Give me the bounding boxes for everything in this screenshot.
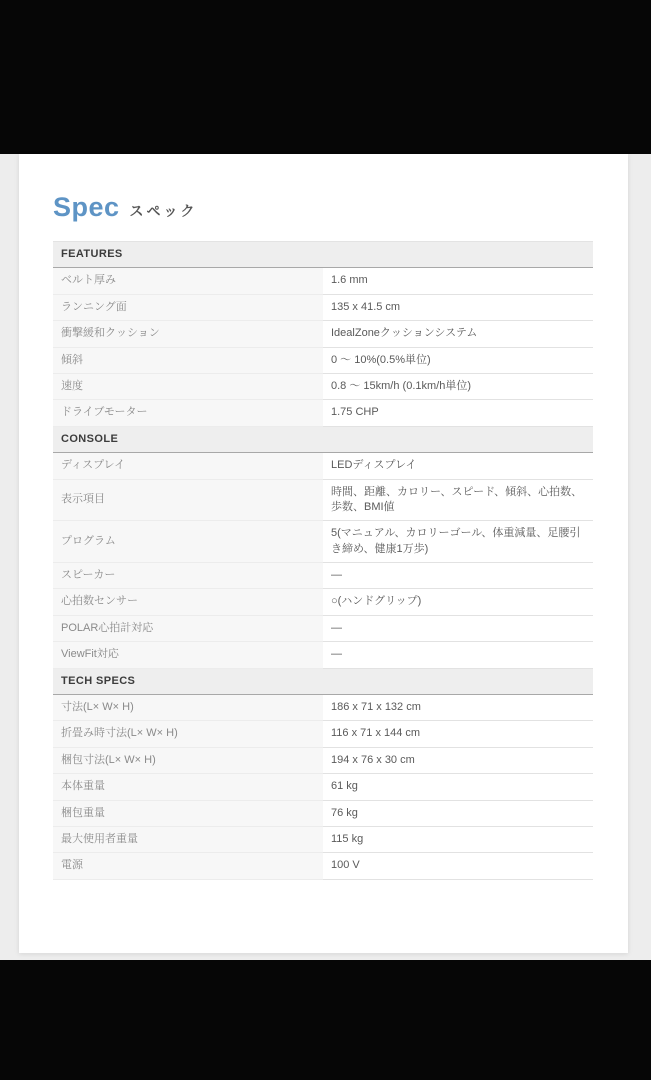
table-row: 電源100 V (53, 853, 593, 879)
spec-value: ○(ハンドグリップ) (323, 589, 593, 615)
spec-label: ベルト厚み (53, 268, 323, 294)
spec-value: 1.75 CHP (323, 400, 593, 426)
spec-value: 61 kg (323, 774, 593, 800)
spec-label: ViewFit対応 (53, 642, 323, 668)
table-row: ベルト厚み1.6 mm (53, 268, 593, 294)
spec-label: 心拍数センサー (53, 589, 323, 615)
spec-label: ドライブモーター (53, 400, 323, 426)
spec-value: 115 kg (323, 826, 593, 852)
section-header-row: CONSOLE (53, 426, 593, 452)
table-row: ランニング面135 x 41.5 cm (53, 294, 593, 320)
spec-label: 最大使用者重量 (53, 826, 323, 852)
spec-label: 寸法(L× W× H) (53, 695, 323, 721)
page-background: Specスペック FEATURESベルト厚み1.6 mmランニング面135 x … (0, 154, 651, 960)
table-row: 傾斜0 〜 10%(0.5%単位) (53, 347, 593, 373)
spec-value: 194 x 76 x 30 cm (323, 747, 593, 773)
spec-card: Specスペック FEATURESベルト厚み1.6 mmランニング面135 x … (19, 154, 628, 953)
spec-title-en: Spec (53, 192, 120, 222)
page-title: Specスペック (53, 192, 628, 226)
table-row: 折畳み時寸法(L× W× H)116 x 71 x 144 cm (53, 721, 593, 747)
spec-value: 時間、距離、カロリー、スピード、傾斜、心拍数、歩数、BMI値 (323, 479, 593, 521)
spec-value: 0 〜 10%(0.5%単位) (323, 347, 593, 373)
table-row: 梱包重量76 kg (53, 800, 593, 826)
section-header: CONSOLE (53, 426, 593, 452)
section-header-row: TECH SPECS (53, 668, 593, 694)
spec-label: 梱包重量 (53, 800, 323, 826)
letterbox-bottom (0, 960, 651, 1080)
table-row: スピーカー— (53, 563, 593, 589)
spec-title-ja: スペック (130, 203, 198, 219)
spec-value: IdealZoneクッションシステム (323, 321, 593, 347)
spec-value: LEDディスプレイ (323, 453, 593, 479)
table-row: 最大使用者重量115 kg (53, 826, 593, 852)
spec-value: — (323, 642, 593, 668)
section-header-row: FEATURES (53, 242, 593, 268)
table-row: 表示項目時間、距離、カロリー、スピード、傾斜、心拍数、歩数、BMI値 (53, 479, 593, 521)
table-row: ViewFit対応— (53, 642, 593, 668)
spec-label: ランニング面 (53, 294, 323, 320)
spec-label: 電源 (53, 853, 323, 879)
table-row: 衝撃緩和クッションIdealZoneクッションシステム (53, 321, 593, 347)
spec-value: 0.8 〜 15km/h (0.1km/h単位) (323, 373, 593, 399)
table-row: 寸法(L× W× H)186 x 71 x 132 cm (53, 695, 593, 721)
spec-value: — (323, 615, 593, 641)
spec-label: 速度 (53, 373, 323, 399)
spec-label: 表示項目 (53, 479, 323, 521)
table-row: 心拍数センサー○(ハンドグリップ) (53, 589, 593, 615)
spec-value: 135 x 41.5 cm (323, 294, 593, 320)
spec-value: 1.6 mm (323, 268, 593, 294)
table-row: POLAR心拍計対応— (53, 615, 593, 641)
section-header: FEATURES (53, 242, 593, 268)
spec-label: POLAR心拍計対応 (53, 615, 323, 641)
spec-value: 76 kg (323, 800, 593, 826)
spec-table: FEATURESベルト厚み1.6 mmランニング面135 x 41.5 cm衝撃… (53, 241, 593, 880)
spec-value: — (323, 563, 593, 589)
table-row: 速度0.8 〜 15km/h (0.1km/h単位) (53, 373, 593, 399)
spec-label: 梱包寸法(L× W× H) (53, 747, 323, 773)
spec-value: 186 x 71 x 132 cm (323, 695, 593, 721)
spec-label: 衝撃緩和クッション (53, 321, 323, 347)
spec-value: 5(マニュアル、カロリーゴール、体重減量、足腰引き締め、健康1万歩) (323, 521, 593, 563)
table-row: 梱包寸法(L× W× H)194 x 76 x 30 cm (53, 747, 593, 773)
letterbox-top (0, 0, 651, 154)
spec-label: スピーカー (53, 563, 323, 589)
table-row: プログラム5(マニュアル、カロリーゴール、体重減量、足腰引き締め、健康1万歩) (53, 521, 593, 563)
spec-label: 折畳み時寸法(L× W× H) (53, 721, 323, 747)
table-row: ドライブモーター1.75 CHP (53, 400, 593, 426)
spec-value: 116 x 71 x 144 cm (323, 721, 593, 747)
spec-label: 本体重量 (53, 774, 323, 800)
spec-label: 傾斜 (53, 347, 323, 373)
spec-label: ディスプレイ (53, 453, 323, 479)
table-row: ディスプレイLEDディスプレイ (53, 453, 593, 479)
table-row: 本体重量61 kg (53, 774, 593, 800)
section-header: TECH SPECS (53, 668, 593, 694)
spec-value: 100 V (323, 853, 593, 879)
spec-label: プログラム (53, 521, 323, 563)
